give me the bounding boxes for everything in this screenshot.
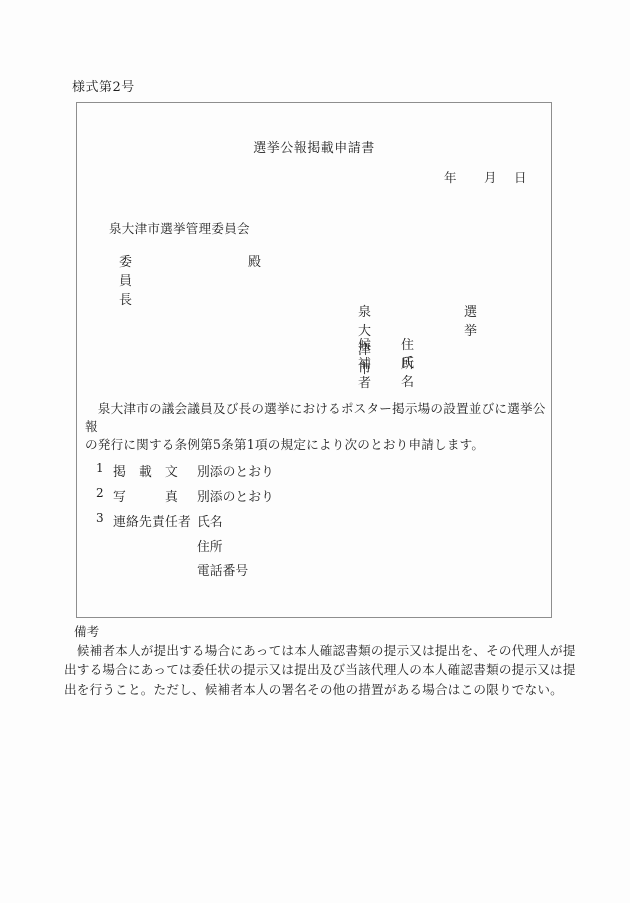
form-number-label: 様式第2号 xyxy=(72,76,135,95)
item-2-value: 別添のとおり xyxy=(197,486,274,505)
item-3-value: 氏名 xyxy=(197,511,223,530)
item-3-label: 連絡先責任者 xyxy=(113,511,193,530)
body-paragraph-line-2: の発行に関する条例第5条第1項の規定により次のとおり申請します。 xyxy=(85,436,547,454)
chairperson-label: 委員長 xyxy=(119,251,132,308)
remarks-heading: 備考 xyxy=(74,621,99,640)
remarks-line-2: 出する場合にあっては委任状の提示又は提出及び当該代理人の本人確認書類の提示又は提 xyxy=(64,660,564,679)
candidate-label: 候補者 xyxy=(358,334,371,391)
candidate-name-label: 氏名 xyxy=(401,352,414,390)
date-day-label: 日 xyxy=(514,168,527,186)
contact-address-label: 住所 xyxy=(197,536,223,555)
remarks-paragraph: 候補者本人が提出する場合にあっては本人確認書類の提示又は提出を、その代理人が提 … xyxy=(64,641,564,699)
application-form-box: 選挙公報掲載申請書 年 月 日 泉大津市選挙管理委員会 委員長 殿 泉大津市 選… xyxy=(76,102,552,618)
committee-name: 泉大津市選挙管理委員会 xyxy=(109,219,250,237)
body-paragraph-line-1: 泉大津市の議会議員及び長の選挙におけるポスター掲示場の設置並びに選挙公報 xyxy=(85,400,547,436)
item-1-label: 掲 載 文 xyxy=(113,461,193,480)
item-2-number: 2 xyxy=(96,486,104,500)
item-3-number: 3 xyxy=(96,511,104,525)
election-label: 選挙 xyxy=(464,301,477,339)
body-paragraph: 泉大津市の議会議員及び長の選挙におけるポスター掲示場の設置並びに選挙公報 の発行… xyxy=(85,400,547,454)
honorific-label: 殿 xyxy=(248,251,261,270)
form-title: 選挙公報掲載申請書 xyxy=(77,137,551,156)
item-1-value: 別添のとおり xyxy=(197,461,274,480)
document-page: 様式第2号 選挙公報掲載申請書 年 月 日 泉大津市選挙管理委員会 委員長 殿 … xyxy=(0,0,630,903)
item-2-label: 写 真 xyxy=(113,486,193,505)
date-month-label: 月 xyxy=(484,168,497,186)
remarks-line-1: 候補者本人が提出する場合にあっては本人確認書類の提示又は提出を、その代理人が提 xyxy=(64,641,564,660)
date-year-label: 年 xyxy=(444,168,457,186)
contact-phone-label: 電話番号 xyxy=(197,560,248,579)
remarks-line-3: 出を行うこと。ただし、候補者本人の署名その他の措置がある場合はこの限りでない。 xyxy=(64,680,564,699)
item-1-number: 1 xyxy=(96,461,104,475)
